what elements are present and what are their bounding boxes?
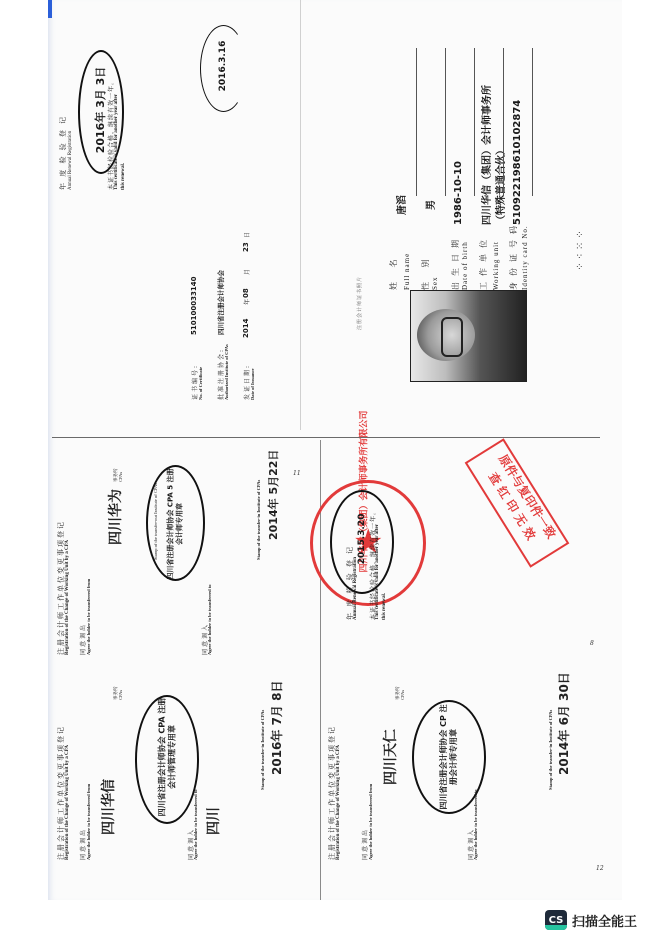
sex-label-cn: 性 别	[420, 253, 431, 290]
holder-unit-line1: 四川华信（集团）会计师事务所	[478, 85, 493, 225]
page-number: 12	[596, 865, 604, 872]
agree-out-en: Agree the holder to be transferred from	[86, 784, 91, 860]
unit-label-cn: 工作单位	[478, 234, 489, 290]
holder-sex: 男	[422, 200, 437, 210]
cert-no: 510100033140	[190, 277, 198, 335]
issue-day: 23	[242, 242, 250, 252]
cpas-en: CPAs	[118, 690, 123, 700]
stamp-in-label: Stamp of the transfer-in Institute of CP…	[256, 480, 261, 560]
sex-label-en: Sex	[431, 277, 439, 291]
renewal-title-cn: 年 度 检 验 登 记	[58, 115, 68, 190]
unit-label-en: Working unit	[492, 241, 500, 290]
page-fold-line	[52, 437, 600, 438]
camscanner-app-name: 扫描全能王	[572, 911, 637, 930]
cpas-en: CPAs	[400, 690, 405, 700]
photo-caption: 注册会计师证书照片	[356, 276, 363, 330]
holder-photo	[410, 290, 527, 382]
renewal-stamp-left: 2016年 3月 3日	[78, 50, 124, 174]
scan-edge	[48, 0, 52, 18]
stamp-in-label: Stamp of the transfer-in Institute of CP…	[260, 710, 265, 790]
agree-out-en: Agree the holder to be transferred from	[368, 784, 373, 860]
transfer-date: 2016年 7月 8日	[268, 681, 285, 775]
agree-in-en: Agree the holder to be transferred to	[207, 585, 212, 655]
transfer-title-en: Registration of the Change of Working Un…	[336, 745, 341, 860]
transfer-stamp: 四川省注册会计师协会 CPA 5 注册会计师专用章	[146, 465, 205, 581]
renewal-line-en-2: this renewal.	[121, 163, 126, 190]
issue-month: 08	[242, 288, 250, 298]
cert-no-label-en: No. of Certificate	[198, 367, 203, 400]
from-unit-handwritten: 四川华为	[105, 489, 125, 545]
holder-name: 唐滔	[393, 195, 408, 215]
authority: 四川省注册会计师协会	[216, 270, 225, 335]
dob-label-cn: 出生日期	[450, 234, 461, 290]
agree-in-en: Agree the holder to be transferred to	[193, 790, 198, 860]
issue-month-unit: 月	[242, 269, 251, 275]
renewal-title-en: Annual Renewal Registration	[68, 131, 73, 190]
holder-dob: 1986-10-10	[453, 161, 464, 225]
field-underline	[474, 48, 475, 196]
field-underline	[416, 48, 417, 196]
signature-marks: ⁘ ⁖ ⁙ ⁘	[575, 230, 586, 271]
id-label-cn: 身份证号码	[508, 220, 519, 290]
holder-unit-line2: （特殊普通合伙）	[492, 145, 507, 225]
photo-glasses	[441, 317, 463, 357]
renewal-bottom-title-en: Annual Renewal Registration	[353, 557, 358, 620]
dob-label-en: Date of birth	[461, 241, 469, 290]
renewal-stamp-bottom: 2015.3.20	[330, 490, 394, 594]
camscanner-watermark: CS 扫描全能王	[545, 910, 637, 930]
authority-label-en: Authorized Institute of CPAs	[224, 344, 229, 400]
stamp-in-label: Stamp of the transfer-in Institute of CP…	[548, 710, 553, 790]
name-label-en: Full name	[403, 253, 411, 290]
renewal-bottom-line-en: This certificate is valid for another ye…	[375, 524, 380, 620]
issue-year-unit: 年	[242, 299, 251, 305]
page-divider	[300, 0, 301, 430]
transfer-title-en: Registration of the Change of Working Un…	[65, 540, 70, 655]
agree-in-en: Agree the holder to be transferred to	[473, 790, 478, 860]
transfer-title-en: Registration of the Change of Working Un…	[65, 745, 70, 860]
transfer-stamp: 四川省注册会计师协会 CPA 注册会计师管理专用章	[135, 695, 199, 824]
field-underline	[503, 48, 504, 196]
from-unit-handwritten: 四川华信	[98, 779, 118, 835]
holder-id-no: 510922198610102874	[512, 100, 523, 225]
agree-out-en: Agree the holder to be transferred from	[86, 579, 91, 655]
renewal-stamp-right: 2016.3.16	[200, 25, 247, 112]
camscanner-logo-icon: CS	[545, 910, 567, 930]
issue-day-unit: 日	[242, 232, 251, 238]
renewal-bottom-line-en-2: this renewal.	[382, 593, 387, 620]
issue-label-en: Date of Issuance	[250, 369, 255, 401]
name-label-cn: 姓 名	[388, 253, 399, 290]
page-number: 8	[590, 640, 594, 647]
id-label-en: Identity card No.	[521, 225, 529, 290]
issue-year: 2014	[242, 319, 250, 338]
field-underline	[445, 48, 446, 196]
field-underline	[532, 48, 533, 196]
from-unit-handwritten: 四川天仁	[380, 729, 400, 785]
transfer-date: 2014年 5月22日	[265, 450, 281, 540]
transfer-date: 2014年 6月 30日	[555, 672, 572, 775]
page-number: 11	[293, 470, 301, 477]
cpas-en: CPAs	[118, 472, 123, 482]
to-unit-handwritten: 四川	[203, 807, 223, 835]
